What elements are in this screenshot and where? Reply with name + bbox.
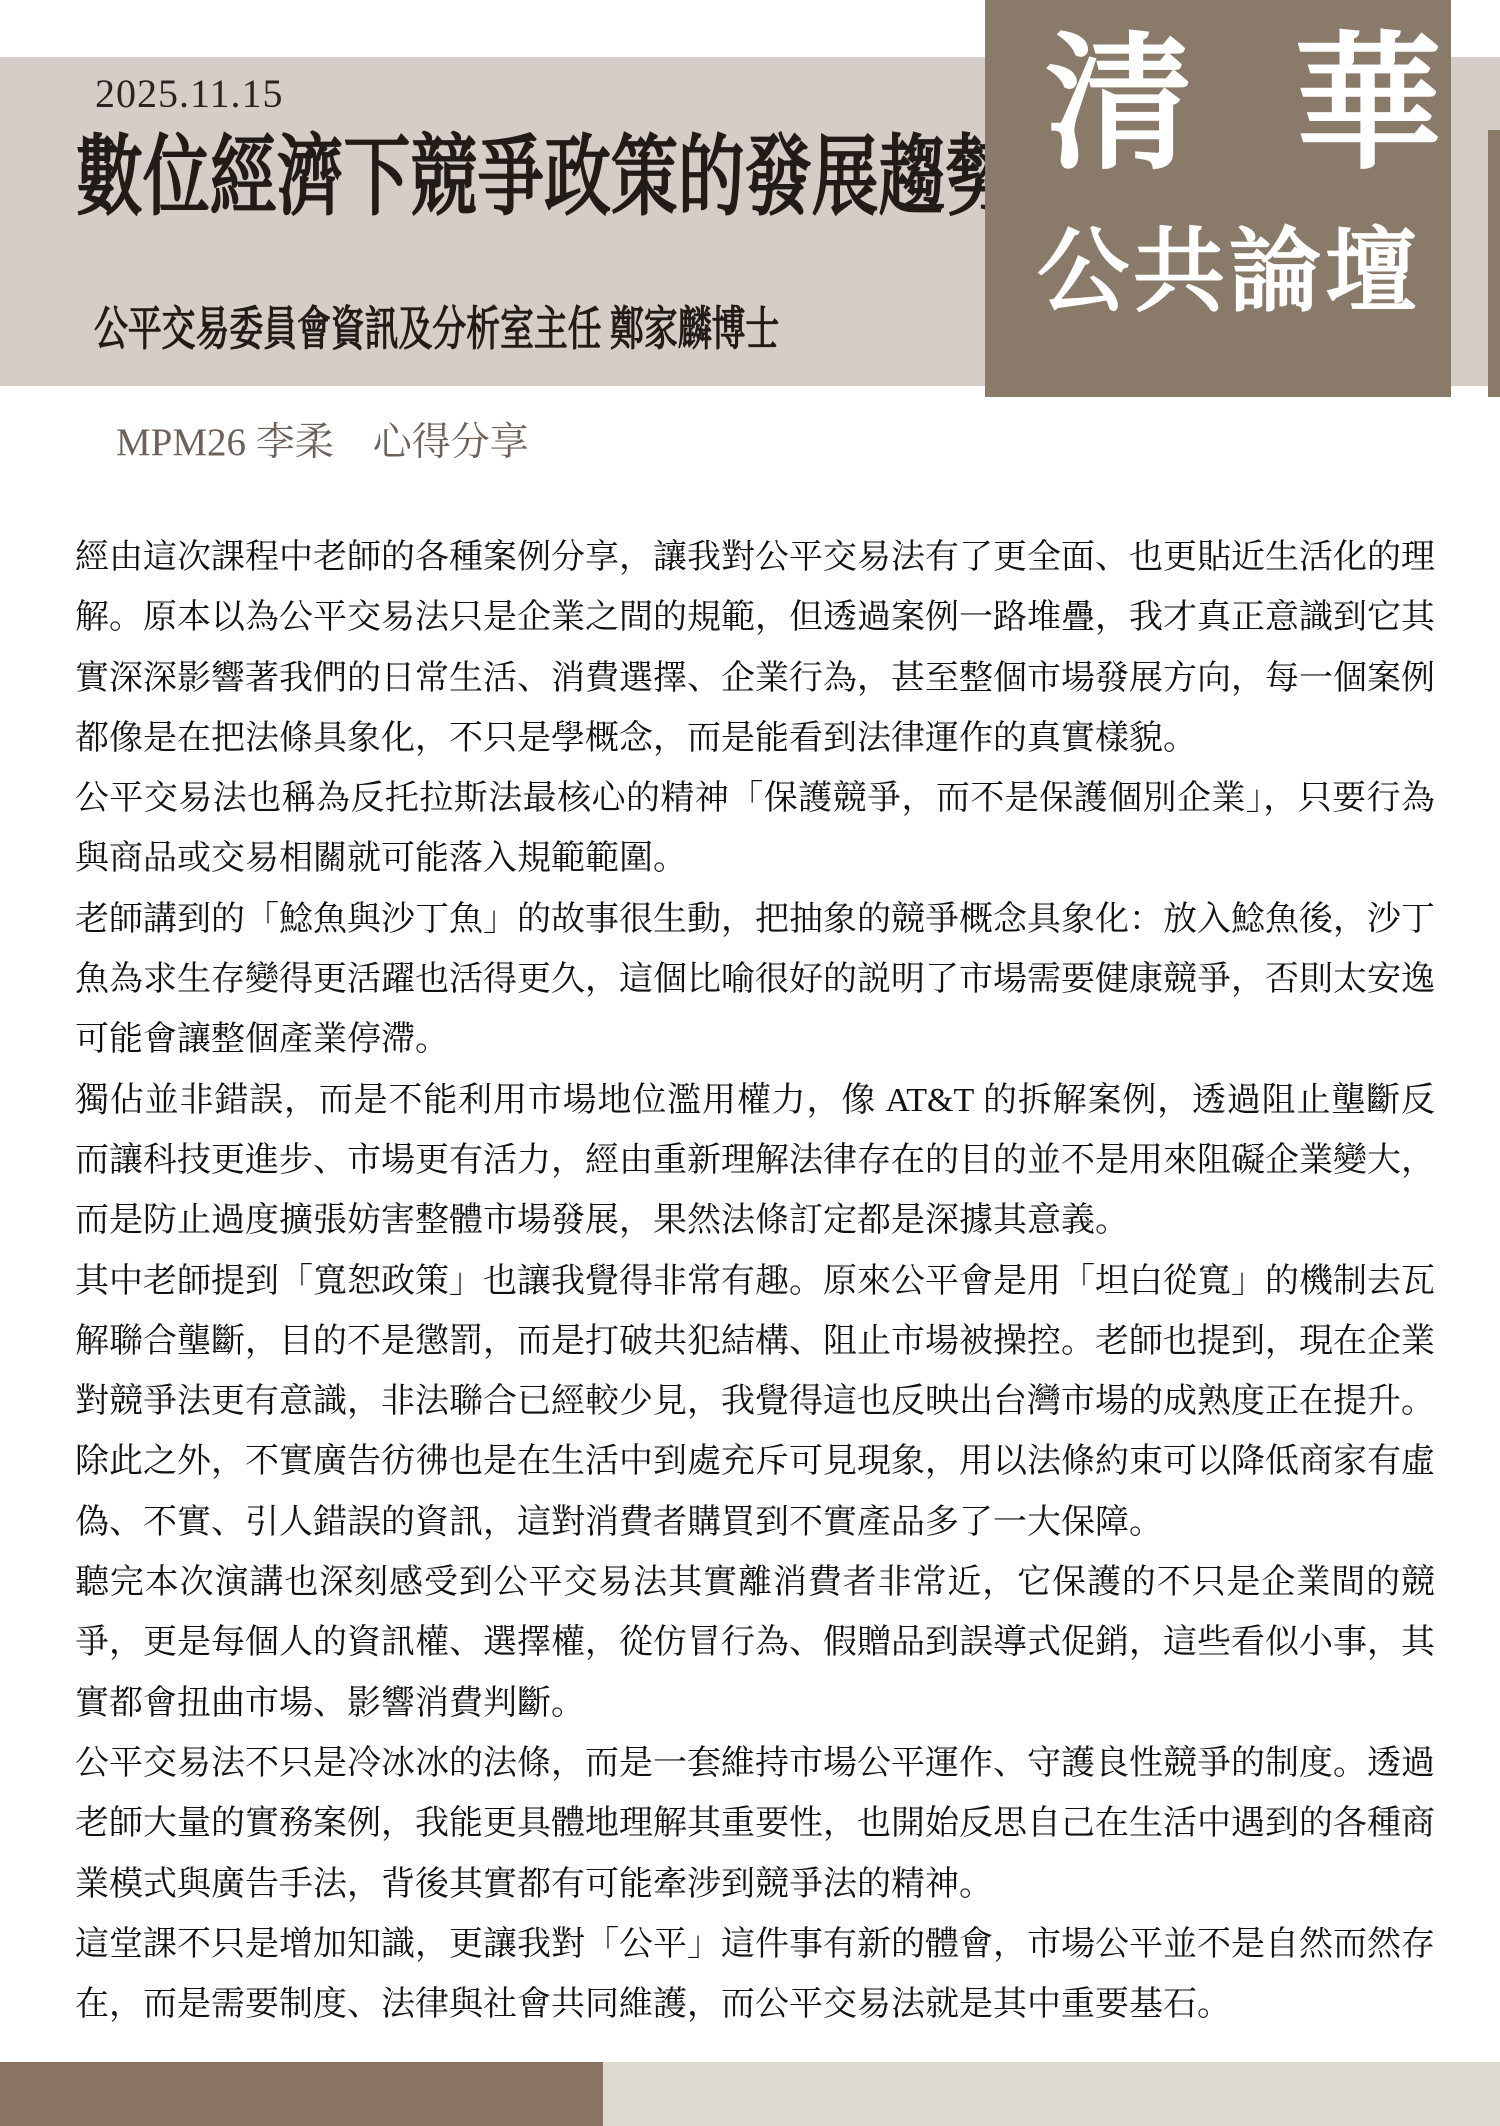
- essay-paragraph: 公平交易法也稱為反托拉斯法最核心的精神「保護競爭，而不是保護個別企業」，只要行為…: [75, 769, 1435, 890]
- header-right-edge-strip: [1488, 130, 1500, 397]
- essay-paragraph: 這堂課不只是增加知識，更讓我對「公平」這件事有新的體會，市場公平並不是自然而然存…: [75, 1915, 1435, 2036]
- speaker-subtitle: 公平交易委員會資訊及分析室主任 鄭家麟博士: [94, 292, 779, 359]
- essay-paragraph: 聽完本次演講也深刻感受到公平交易法其實離消費者非常近，它保護的不只是企業間的競爭…: [75, 1553, 1435, 1734]
- lecture-date: 2025.11.15: [95, 70, 284, 117]
- document-page: 2025.11.15 數位經濟下競爭政策的發展趨勢 公平交易委員會資訊及分析室主…: [0, 0, 1500, 2126]
- forum-brand-line1: 清 華: [1045, 14, 1474, 199]
- essay-paragraph: 公平交易法不只是冷冰冰的法條，而是一套維持市場公平運作、守護良性競爭的制度。透過…: [75, 1734, 1435, 1915]
- lecture-title: 數位經濟下競爭政策的發展趨勢: [76, 124, 1012, 234]
- essay-paragraph: 老師講到的「鯰魚與沙丁魚」的故事很生動，把抽象的競爭概念具象化：放入鯰魚後，沙丁…: [75, 890, 1435, 1071]
- footer-bar-dark-segment: [0, 2062, 603, 2126]
- essay-paragraph: 其中老師提到「寬恕政策」也讓我覺得非常有趣。原來公平會是用「坦白從寬」的機制去瓦…: [75, 1252, 1435, 1433]
- author-byline: MPM26 李柔 心得分享: [116, 411, 529, 467]
- forum-brand-line2: 公共論壇: [1037, 222, 1421, 323]
- essay-body: 經由這次課程中老師的各種案例分享，讓我對公平交易法有了更全面、也更貼近生活化的理…: [75, 528, 1435, 2035]
- essay-paragraph: 經由這次課程中老師的各種案例分享，讓我對公平交易法有了更全面、也更貼近生活化的理…: [75, 528, 1435, 769]
- essay-paragraph: 除此之外，不實廣告彷彿也是在生活中到處充斥可見現象，用以法條約束可以降低商家有虛…: [75, 1432, 1435, 1553]
- essay-paragraph: 獨佔並非錯誤，而是不能利用市場地位濫用權力，像 AT&T 的拆解案例，透過阻止壟…: [75, 1071, 1435, 1252]
- forum-brand-box: 清 華 公共論壇: [985, 0, 1451, 397]
- footer-bar: [0, 2062, 1500, 2126]
